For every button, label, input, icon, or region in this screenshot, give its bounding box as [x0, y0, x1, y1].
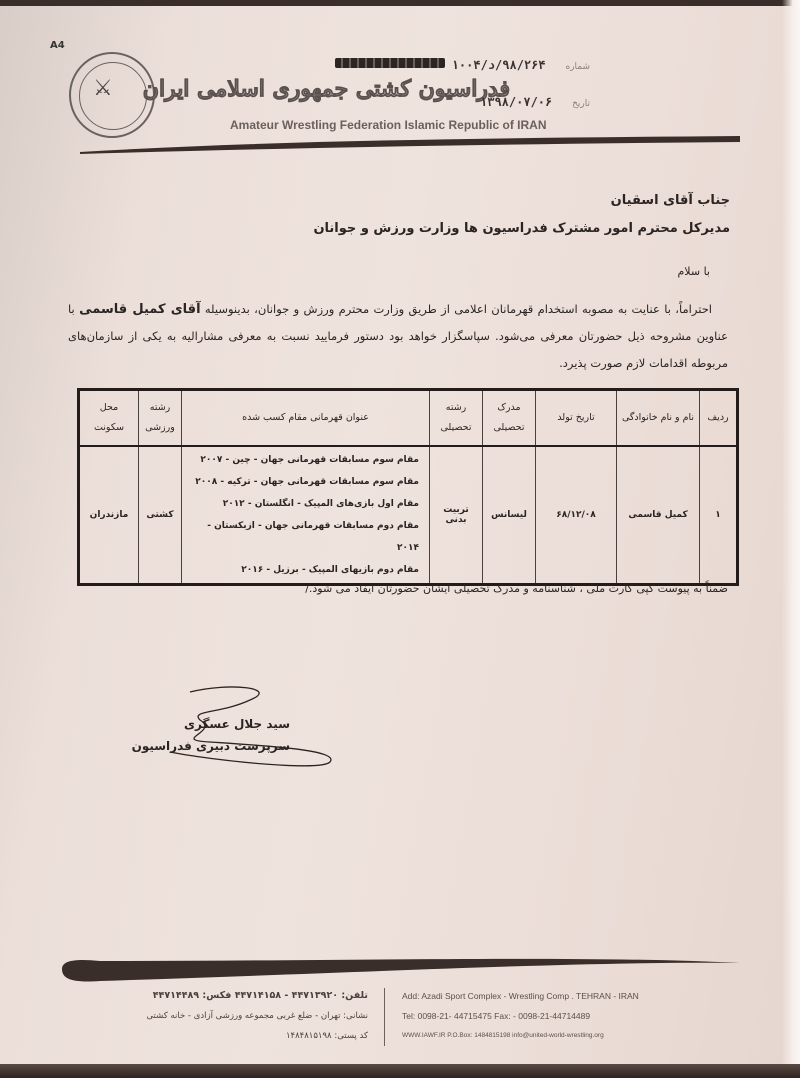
col-sport: رشته ورزشی: [139, 390, 182, 446]
title-item: مقام سوم مسابقات قهرمانی جهان - چین - ۲۰…: [186, 449, 425, 471]
date-value: ۱۳۹۸/۰۷/۰۶: [480, 95, 552, 109]
body-paragraph: احتراماً، با عنایت به مصوبه استخدام قهرم…: [68, 296, 728, 377]
footer-en-phone: Tel: 0098-21- 44715475 Fax: - 0098-21-44…: [402, 1006, 639, 1026]
col-index: ردیف: [700, 390, 738, 446]
footer-divider: [384, 988, 385, 1046]
title-item: مقام دوم مسابقات قهرمانی جهان - ازبکستان…: [186, 515, 425, 559]
number-label: شماره: [565, 62, 590, 72]
cell-index: ۱: [700, 446, 738, 585]
top-edge-shadow: [0, 0, 800, 6]
page-size-label: A4: [50, 40, 65, 51]
title-item: مقام سوم مسابقات قهرمانی جهان - ترکیه - …: [186, 471, 425, 493]
footer-english-contact: Add: Azadi Sport Complex - Wrestling Com…: [402, 986, 639, 1046]
footer-fa-postal: کد پستی: ۱۴۸۴۸۱۵۱۹۸: [146, 1026, 368, 1046]
col-degree: مدرک تحصیلی: [483, 390, 536, 446]
paragraph-part1: احتراماً، با عنایت به مصوبه استخدام قهرم…: [205, 302, 712, 316]
champion-table: ردیف نام و نام خانوادگی تاریخ تولد مدرک …: [77, 388, 739, 586]
seal-inner-ring: [79, 62, 147, 130]
title-item: مقام اول بازی‌های المپیک - انگلستان - ۲۰…: [186, 493, 425, 515]
cell-field: تربیت بدنی: [430, 446, 483, 585]
cell-titles: مقام سوم مسابقات قهرمانی جهان - چین - ۲۰…: [182, 446, 430, 585]
header-swoosh: [80, 134, 740, 154]
addressee-title: مدیرکل محترم امور مشترک فدراسیون ها وزار…: [313, 221, 730, 236]
cell-name: کمیل قاسمی: [617, 446, 700, 585]
col-titles: عنوان قهرمانی مقام کسب شده: [182, 390, 430, 446]
signatory-name: سید جلال عسگری: [132, 713, 290, 735]
bottom-edge-shadow: [0, 1064, 800, 1078]
cell-sport: کشتی: [139, 446, 182, 585]
table-row: ۱ کمیل قاسمی ۶۸/۱۲/۰۸ لیسانس تربیت بدنی …: [79, 446, 738, 585]
table-header-row: ردیف نام و نام خانوادگی تاریخ تولد مدرک …: [79, 390, 738, 446]
letter-number: شماره ۹۸/۲۶۴/د/۱۰۰۴: [452, 58, 590, 72]
greeting: با سلام: [677, 265, 710, 278]
footer-persian-contact: تلفن: ۴۴۷۱۳۹۲۰ - ۴۴۷۱۴۱۵۸ فکس: ۴۴۷۱۴۴۸۹ …: [146, 986, 368, 1046]
signatory: سید جلال عسگری سرپرست دبیری فدراسیون: [132, 713, 290, 757]
letter-date: تاریخ ۱۳۹۸/۰۷/۰۶: [480, 95, 590, 109]
addressee-name: جناب آقای اسقیان: [611, 193, 730, 208]
col-fullname: نام و نام خانوادگی: [617, 390, 700, 446]
signatory-title: سرپرست دبیری فدراسیون: [132, 735, 290, 757]
footer-fa-phone: تلفن: ۴۴۷۱۳۹۲۰ - ۴۴۷۱۴۱۵۸ فکس: ۴۴۷۱۴۴۸۹: [146, 986, 368, 1006]
candidate-name-bold: آقای کمیل قاسمی: [79, 302, 200, 317]
federation-name-fa: فدراسیون کشتی جمهوری اسلامی ایران: [143, 76, 510, 102]
date-label: تاریخ: [572, 99, 590, 109]
footer-swoosh: [60, 955, 740, 985]
title-item: مقام دوم بازیهای المپیک - برزیل - ۲۰۱۶: [186, 559, 425, 581]
col-residence: محل سکونت: [79, 390, 139, 446]
paper-right-edge: [782, 0, 800, 1078]
cell-degree: لیسانس: [483, 446, 536, 585]
footer-en-address: Add: Azadi Sport Complex - Wrestling Com…: [402, 986, 639, 1006]
footer-fa-address: نشانی: تهران - ضلع غربی مجموعه ورزشی آزا…: [146, 1006, 368, 1026]
col-field: رشته تحصیلی: [430, 390, 483, 446]
number-value: ۹۸/۲۶۴/د/۱۰۰۴: [452, 58, 546, 72]
footer-en-web: WWW.IAWF.IR P.O.Box: 1484815198 info@uni…: [402, 1026, 639, 1046]
attachment-note: ضمناً به پیوست کپی کارت ملی ، شناسنامه و…: [305, 582, 728, 595]
cell-residence: مازندران: [79, 446, 139, 585]
wrestlers-icon: ⚔: [93, 76, 113, 101]
government-line: [335, 58, 445, 68]
federation-name-en: Amateur Wrestling Federation Islamic Rep…: [230, 118, 547, 132]
col-birthdate: تاریخ تولد: [536, 390, 617, 446]
cell-birthdate: ۶۸/۱۲/۰۸: [536, 446, 617, 585]
